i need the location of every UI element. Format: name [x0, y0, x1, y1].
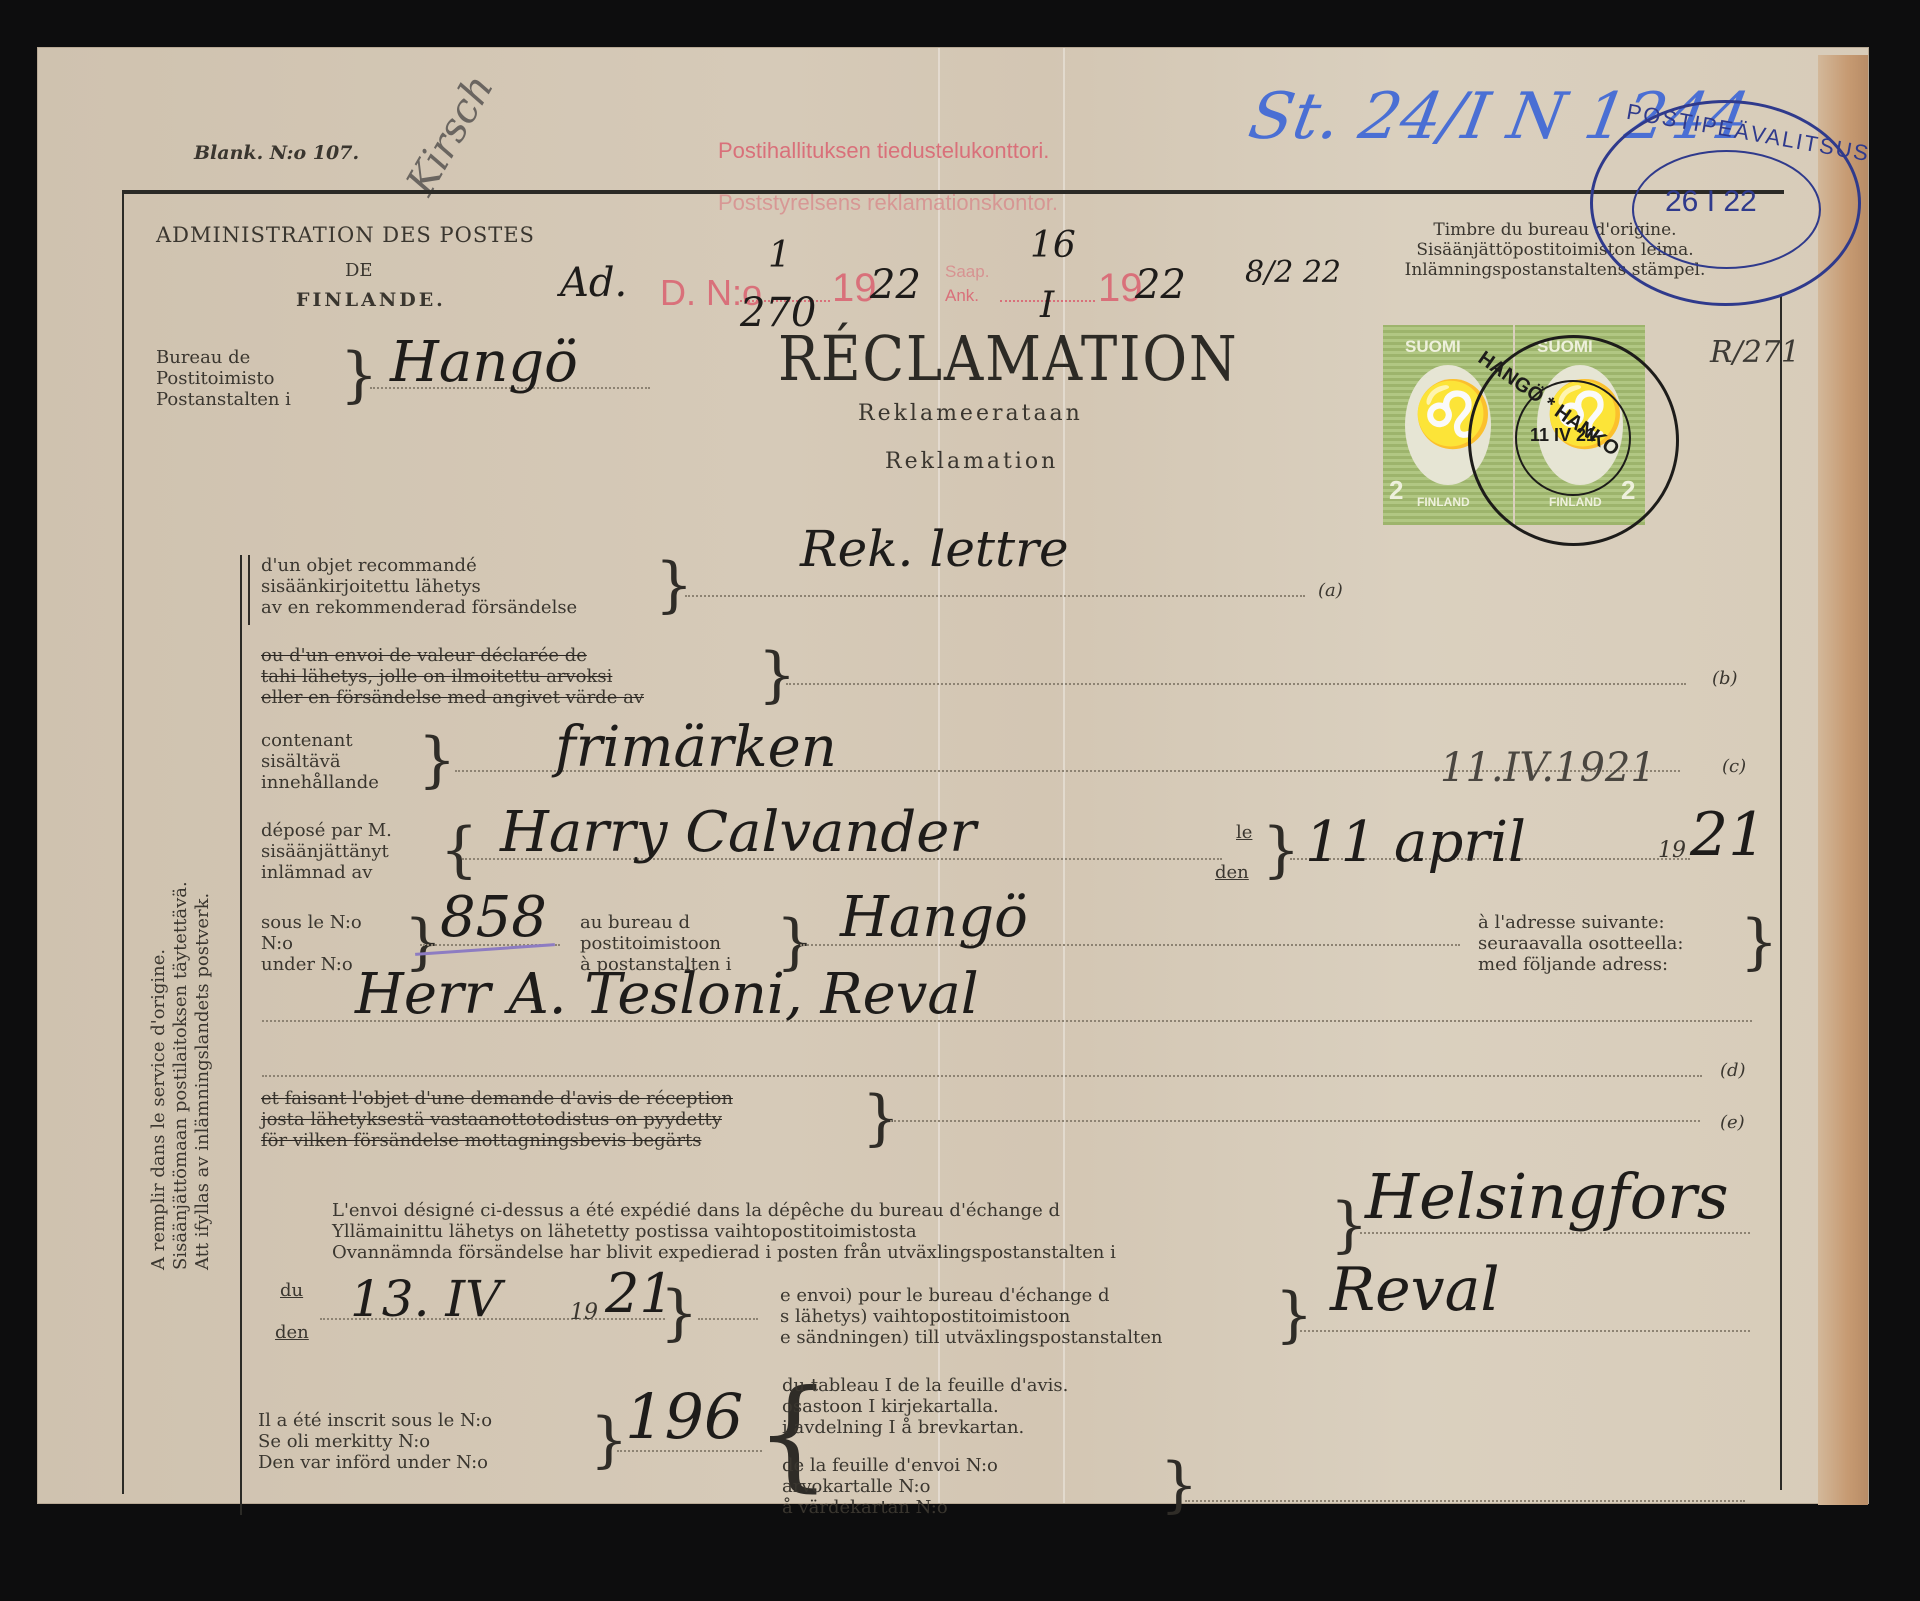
feuille-label: de la feuille d'envoi N:o arvokartalle N… [782, 1455, 998, 1518]
depose-brace: { [440, 820, 478, 880]
inscription-label-fi: Se oli merkitty N:o [258, 1431, 492, 1452]
depose-den-label: den [1215, 862, 1249, 883]
address-label-sv: med följande adress: [1478, 954, 1683, 975]
hand-year1: 22 [870, 262, 921, 308]
tableau-label-fr: du tableau I de la feuille d'avis. [782, 1375, 1068, 1396]
dispatch-label-sv: Ovannämnda försändelse har blivit expedi… [332, 1242, 1116, 1263]
dispatch-to-brace: } [1275, 1285, 1313, 1345]
side-note-fi: Sisäänjättömaan postilaitoksen täytettäv… [170, 881, 191, 1270]
dispatch-to-fi: s lähetys) vaihtopostitoimistoon [780, 1306, 1162, 1327]
bureau-label-sv: Postanstalten i [156, 389, 291, 410]
hand-saap-bottom: I [1040, 285, 1054, 326]
field-e-label-fr: et faisant l'objet d'une demande d'avis … [261, 1088, 733, 1109]
hand-dno-top: 1 [768, 235, 791, 276]
field-b-label-fi: tahi lähetys, jolle on ilmoitettu arvoks… [261, 666, 644, 687]
field-b-label-fr: ou d'un envoi de valeur déclarée de [261, 645, 644, 666]
field-b-dotted-line [786, 683, 1686, 685]
sous-bureau-value[interactable]: Hangö [840, 885, 1028, 950]
depose-label: déposé par M. sisäänjättänyt inlämnad av [261, 820, 392, 883]
field-c-marker: (c) [1722, 756, 1746, 777]
page-title: RÉCLAMATION [778, 322, 1238, 395]
depose-label-sv: inlämnad av [261, 862, 392, 883]
dispatch-to-sv: e sändningen) till utväxlingspostanstalt… [780, 1327, 1162, 1348]
side-note-sv: Att ifyllas av inlämningslandets postver… [192, 893, 213, 1270]
stamp-value: 2 [1389, 475, 1403, 506]
field-a-value[interactable]: Rek. lettre [800, 520, 1069, 578]
field-b-label-sv: eller en försändelse med angivet värde a… [261, 687, 644, 708]
admin-de: DE [345, 260, 373, 281]
field-e-dotted-line [890, 1120, 1700, 1122]
depose-date-brace: } [1262, 820, 1300, 880]
feuille-label-fr: de la feuille d'envoi N:o [782, 1455, 998, 1476]
admin-country: FINLANDE. [296, 290, 446, 311]
inscription-label-fr: Il a été inscrit sous le N:o [258, 1410, 492, 1431]
title-fi: Reklameerataan [858, 403, 1083, 424]
dispatch-year-prefix: 19 [570, 1302, 598, 1323]
hand-year2: 22 [1135, 262, 1186, 308]
depose-le-label: le [1236, 822, 1252, 843]
tableau-label-sv: i avdelning I å brevkartan. [782, 1417, 1068, 1438]
depose-year-value[interactable]: 21 [1690, 800, 1766, 870]
blank-number: Blank. N:o 107. [194, 143, 359, 164]
hand-ad: Ad. [560, 260, 627, 306]
field-b-marker: (b) [1712, 668, 1738, 689]
field-c-brace: } [418, 730, 456, 790]
section-bracket [248, 555, 250, 625]
dispatch-label-fi: Yllämainittu lähetys on lähetetty postis… [332, 1221, 1116, 1242]
inscription-brace: } [590, 1410, 628, 1470]
field-a-label-fr: d'un objet recommandé [261, 555, 577, 576]
oval-stamp-date: 26 I 22 [1665, 185, 1757, 219]
address-label-fi: seuraavalla osotteella: [1478, 933, 1683, 954]
field-c-label-sv: innehållande [261, 772, 379, 793]
dispatch-to-value[interactable]: Reval [1330, 1255, 1500, 1325]
form-frame-right [1780, 295, 1782, 1490]
depose-label-fr: déposé par M. [261, 820, 392, 841]
admin-title: ADMINISTRATION DES POSTES [156, 225, 535, 246]
field-e-label: et faisant l'objet d'une demande d'avis … [261, 1088, 733, 1151]
side-note-fr: A remplir dans le service d'origine. [148, 949, 169, 1270]
dispatch-label: L'envoi désigné ci-dessus a été expédié … [332, 1200, 1116, 1263]
dispatch-brace: } [1330, 1195, 1368, 1255]
address-marker: (d) [1720, 1060, 1746, 1081]
sous-label-sv: under N:o [261, 954, 362, 975]
stamp-country-sv: FINLAND [1417, 495, 1470, 509]
hand-date-note: 8/2 22 [1245, 255, 1341, 290]
inscription-label-sv: Den var införd under N:o [258, 1452, 492, 1473]
title-sv: Reklamation [885, 451, 1058, 472]
vertical-instruction-note: A remplir dans le service d'origine. Sis… [148, 881, 214, 1270]
bureau-label-fi: Postitoimisto [156, 368, 291, 389]
field-a-dotted-line [685, 595, 1305, 597]
sous-bureau-fi: postitoimistoon [580, 933, 732, 954]
field-a-label-sv: av en rekommenderad försändelse [261, 597, 577, 618]
sous-value[interactable]: 858 [440, 885, 547, 950]
field-c-value[interactable]: frimärken [555, 715, 837, 780]
field-e-label-fi: josta lähetyksestä vastaanottotodistus o… [261, 1109, 733, 1130]
feuille-dotted-line [1185, 1500, 1745, 1502]
field-a-marker: (a) [1318, 580, 1343, 601]
address-label: à l'adresse suivante: seuraavalla osotte… [1478, 912, 1683, 975]
sous-label-fr: sous le N:o [261, 912, 362, 933]
field-a-label: d'un objet recommandé sisäänkirjoitettu … [261, 555, 577, 618]
bureau-value[interactable]: Hangö [390, 330, 578, 395]
dispatch-label-fr: L'envoi désigné ci-dessus a été expédié … [332, 1200, 1116, 1221]
bureau-label-fr: Bureau de [156, 347, 291, 368]
field-a-label-fi: sisäänkirjoitettu lähetys [261, 576, 577, 597]
dispatch-date-value[interactable]: 13. IV [350, 1270, 501, 1328]
red-ank-label: Ank. [945, 286, 979, 306]
inscription-label: Il a été inscrit sous le N:o Se oli merk… [258, 1410, 492, 1473]
address-value[interactable]: Herr A. Tesloni, Reval [355, 962, 979, 1027]
feuille-label-fi: arvokartalle N:o [782, 1476, 998, 1497]
field-e-label-sv: för vilken försändelse mottagningsbevis … [261, 1130, 733, 1151]
depose-value[interactable]: Harry Calvander [500, 800, 976, 865]
field-c-label-fr: contenant [261, 730, 379, 751]
hand-saap-top: 16 [1030, 225, 1076, 266]
field-a-brace: } [655, 555, 693, 615]
feuille-label-sv: å värdekartan N:o [782, 1497, 998, 1518]
tableau-label: du tableau I de la feuille d'avis. osast… [782, 1375, 1068, 1438]
depose-year-prefix: 19 [1658, 840, 1686, 861]
bureau-label: Bureau de Postitoimisto Postanstalten i [156, 347, 291, 410]
field-e-brace: } [862, 1088, 900, 1148]
tableau-label-fi: osastoon I kirjekartalla. [782, 1396, 1068, 1417]
dispatch-den-label: den [275, 1322, 309, 1343]
bureau-brace: } [340, 345, 378, 405]
sous-label-fi: N:o [261, 933, 362, 954]
address-brace: } [1740, 912, 1778, 972]
sous-bureau-fr: au bureau d [580, 912, 732, 933]
field-c-label: contenant sisältävä innehållande [261, 730, 379, 793]
dispatch-to-fr: e envoi) pour le bureau d'échange d [780, 1285, 1162, 1306]
red-saap-label: Saap. [945, 262, 989, 282]
field-c-note: 11.IV.1921 [1440, 745, 1656, 791]
feuille-brace: } [1160, 1455, 1198, 1515]
form-inner-margin [240, 555, 242, 1515]
pencil-side-note: R/271 [1710, 335, 1800, 370]
red-stamp-line1: Postihallituksen tiedustelukonttori. [718, 138, 1049, 164]
inscription-value[interactable]: 196 [625, 1380, 743, 1453]
dispatch-du-label: du [280, 1280, 303, 1301]
dispatch-to-short-dotted [698, 1318, 758, 1320]
dispatch-from-value[interactable]: Helsingfors [1365, 1160, 1729, 1233]
dispatch-to-dotted-line [1300, 1330, 1750, 1332]
address-dotted-line-2 [262, 1075, 1702, 1077]
field-e-marker: (e) [1720, 1112, 1745, 1133]
field-b-label: ou d'un envoi de valeur déclarée de tahi… [261, 645, 644, 708]
sous-label: sous le N:o N:o under N:o [261, 912, 362, 975]
field-c-label-fi: sisältävä [261, 751, 379, 772]
stamp-country: SUOMI [1405, 337, 1461, 357]
dispatch-date-brace: } [660, 1283, 698, 1343]
dispatch-to-label: e envoi) pour le bureau d'échange d s lä… [780, 1285, 1162, 1348]
postmark-date: 11 IV 21 [1530, 425, 1596, 446]
field-b-brace: } [758, 645, 796, 705]
depose-date-value[interactable]: 11 april [1305, 810, 1526, 875]
address-label-fr: à l'adresse suivante: [1478, 912, 1683, 933]
depose-label-fi: sisäänjättänyt [261, 841, 392, 862]
